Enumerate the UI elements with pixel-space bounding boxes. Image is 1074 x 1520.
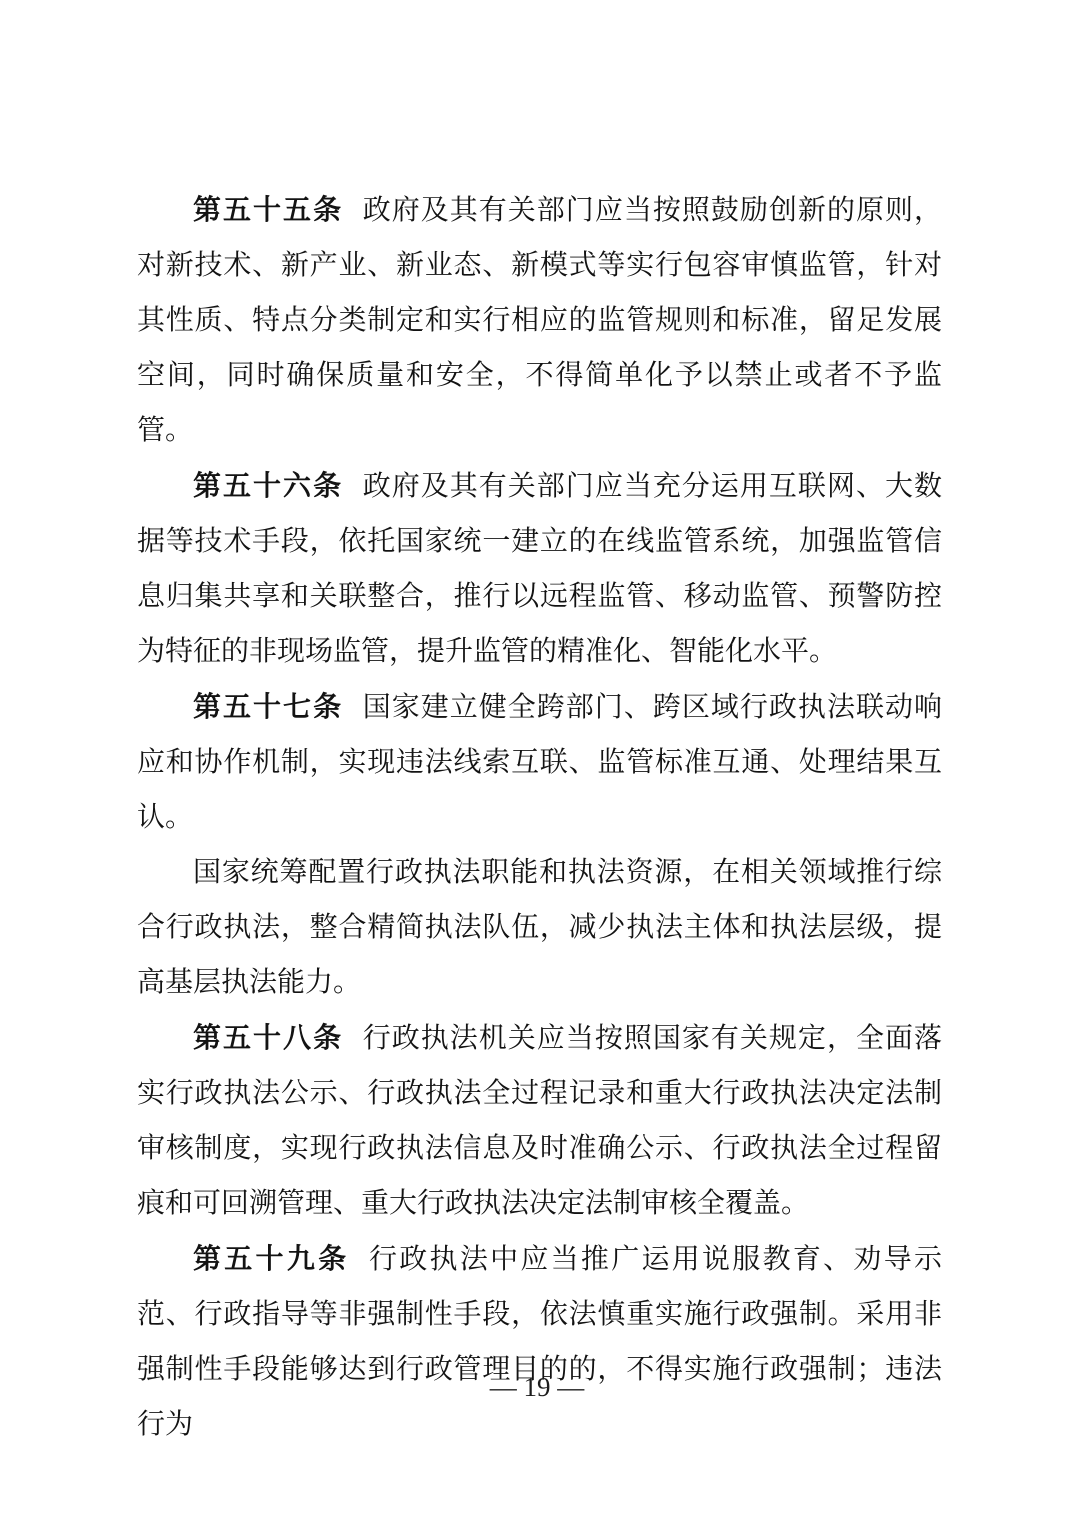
article-55-paragraph: 第五十五条政府及其有关部门应当按照鼓励创新的原则，对新技术、新产业、新业态、新模… <box>137 182 942 458</box>
article-55-number: 第五十五条 <box>193 194 343 225</box>
article-58-paragraph: 第五十八条行政执法机关应当按照国家有关规定，全面落实行政执法公示、行政执法全过程… <box>137 1010 942 1231</box>
page-number: — 19 — <box>0 1372 1074 1403</box>
article-56-paragraph: 第五十六条政府及其有关部门应当充分运用互联网、大数据等技术手段，依托国家统一建立… <box>137 458 942 679</box>
article-57-number: 第五十七条 <box>193 691 343 722</box>
document-content: 第五十五条政府及其有关部门应当按照鼓励创新的原则，对新技术、新产业、新业态、新模… <box>137 182 942 1452</box>
article-57-paragraph-1: 第五十七条国家建立健全跨部门、跨区域行政执法联动响应和协作机制，实现违法线索互联… <box>137 679 942 845</box>
article-58-number: 第五十八条 <box>193 1022 343 1053</box>
article-57-paragraph-2-text: 国家统筹配置行政执法职能和执法资源，在相关领域推行综合行政执法，整合精简执法队伍… <box>137 857 942 998</box>
article-57-paragraph-2: 国家统筹配置行政执法职能和执法资源，在相关领域推行综合行政执法，整合精简执法队伍… <box>137 845 942 1010</box>
document-page: 第五十五条政府及其有关部门应当按照鼓励创新的原则，对新技术、新产业、新业态、新模… <box>0 0 1074 1520</box>
article-59-number: 第五十九条 <box>193 1243 349 1274</box>
article-55-text: 政府及其有关部门应当按照鼓励创新的原则，对新技术、新产业、新业态、新模式等实行包… <box>137 195 942 446</box>
article-59-paragraph: 第五十九条行政执法中应当推广运用说服教育、劝导示范、行政指导等非强制性手段，依法… <box>137 1231 942 1452</box>
article-56-number: 第五十六条 <box>193 470 343 501</box>
